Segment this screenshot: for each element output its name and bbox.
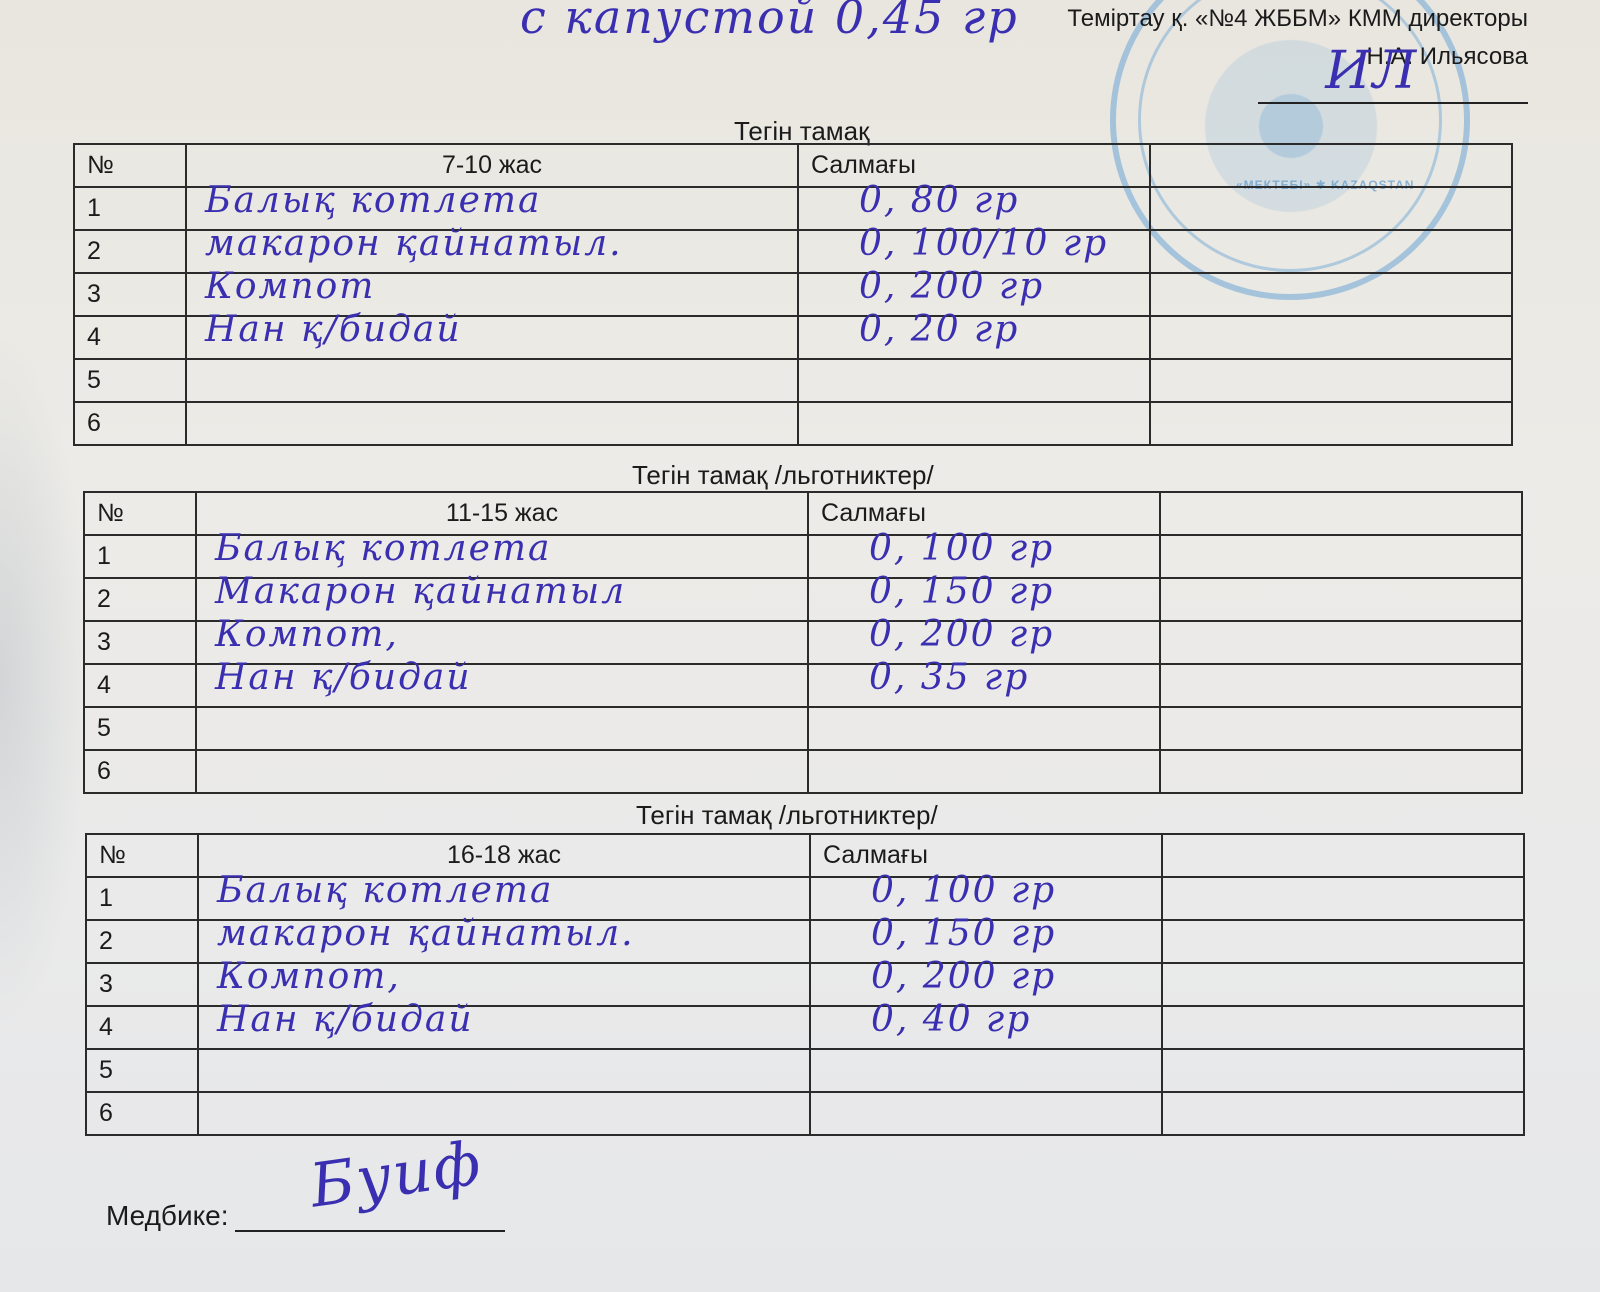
weight-value: 0, 20 гр xyxy=(859,309,1019,350)
dish-name: Балық котлета xyxy=(217,870,554,911)
extra-cell xyxy=(1160,578,1522,621)
menu-table: №11-15 жасСалмағы1Балық котлета0, 100 гр… xyxy=(83,491,1523,794)
extra-header xyxy=(1150,144,1512,187)
weight-cell xyxy=(798,402,1150,445)
extra-cell xyxy=(1162,1049,1524,1092)
weight-value: 0, 100 гр xyxy=(871,870,1056,911)
extra-header xyxy=(1162,834,1524,877)
row-number: 2 xyxy=(86,920,198,963)
dish-cell xyxy=(186,359,798,402)
dish-name: макарон қайнатыл. xyxy=(205,223,623,264)
table-row: 5 xyxy=(86,1049,1524,1092)
number-header: № xyxy=(86,834,198,877)
dish-name: Компот xyxy=(205,266,375,307)
weight-cell: 0, 20 гр xyxy=(798,316,1150,359)
weight-value: 0, 100/10 гр xyxy=(859,223,1108,264)
dish-name: макарон қайнатыл. xyxy=(217,913,635,954)
extra-cell xyxy=(1162,1092,1524,1135)
extra-cell xyxy=(1160,664,1522,707)
table-row: 5 xyxy=(74,359,1512,402)
row-number: 3 xyxy=(74,273,186,316)
extra-cell xyxy=(1162,877,1524,920)
dish-cell xyxy=(198,1049,810,1092)
weight-cell: 0, 40 гр xyxy=(810,1006,1162,1049)
row-number: 5 xyxy=(86,1049,198,1092)
row-number: 6 xyxy=(74,402,186,445)
row-number: 5 xyxy=(84,707,196,750)
number-header: № xyxy=(84,492,196,535)
table-row: 4Нан қ/бидай0, 20 гр xyxy=(74,316,1512,359)
extra-cell xyxy=(1160,621,1522,664)
weight-value: 0, 80 гр xyxy=(859,180,1019,221)
dish-cell xyxy=(196,750,808,793)
top-handwritten-note: с капустой 0,45 гр xyxy=(520,0,1019,44)
weight-value: 0, 200 гр xyxy=(859,266,1044,307)
approval-organization: Теміртау қ. «№4 ЖББМ» КММ директоры xyxy=(1067,0,1528,38)
dish-cell: Нан қ/бидай xyxy=(186,316,798,359)
weight-cell: 0, 35 гр xyxy=(808,664,1160,707)
weight-cell xyxy=(798,359,1150,402)
weight-cell xyxy=(810,1092,1162,1135)
extra-cell xyxy=(1162,920,1524,963)
row-number: 4 xyxy=(74,316,186,359)
row-number: 5 xyxy=(74,359,186,402)
weight-value: 0, 200 гр xyxy=(871,956,1056,997)
dish-cell xyxy=(186,402,798,445)
row-number: 2 xyxy=(74,230,186,273)
extra-cell xyxy=(1162,1006,1524,1049)
approval-block: Теміртау қ. «№4 ЖББМ» КММ директоры Н.А.… xyxy=(1067,0,1528,76)
extra-cell xyxy=(1150,273,1512,316)
extra-cell xyxy=(1160,750,1522,793)
dish-cell: Нан қ/бидай xyxy=(198,1006,810,1049)
dish-name: Балық котлета xyxy=(205,180,542,221)
director-signature-line xyxy=(1258,102,1528,104)
row-number: 1 xyxy=(74,187,186,230)
weight-cell xyxy=(808,707,1160,750)
menu-table: №7-10 жасСалмағы1Балық котлета0, 80 гр2м… xyxy=(73,143,1513,446)
row-number: 4 xyxy=(84,664,196,707)
row-number: 3 xyxy=(84,621,196,664)
dish-cell: Нан қ/бидай xyxy=(196,664,808,707)
extra-cell xyxy=(1150,359,1512,402)
table-row: 6 xyxy=(74,402,1512,445)
dish-name: Нан қ/бидай xyxy=(205,309,462,350)
nurse-label: Медбике: xyxy=(106,1200,229,1231)
row-number: 3 xyxy=(86,963,198,1006)
extra-cell xyxy=(1150,316,1512,359)
extra-cell xyxy=(1150,402,1512,445)
menu-table: №16-18 жасСалмағы1Балық котлета0, 100 гр… xyxy=(85,833,1525,1136)
nurse-signature-block: Медбике: xyxy=(106,1200,505,1232)
table-row: 4Нан қ/бидай0, 40 гр xyxy=(86,1006,1524,1049)
weight-cell xyxy=(810,1049,1162,1092)
section-title: Тегін тамақ /льготниктер/ xyxy=(632,460,934,491)
weight-value: 0, 150 гр xyxy=(871,913,1056,954)
extra-cell xyxy=(1150,187,1512,230)
section-title: Тегін тамақ /льготниктер/ xyxy=(636,800,938,831)
extra-cell xyxy=(1162,963,1524,1006)
extra-cell xyxy=(1160,535,1522,578)
dish-name: Нан қ/бидай xyxy=(215,657,472,698)
dish-cell xyxy=(198,1092,810,1135)
table-row: 5 xyxy=(84,707,1522,750)
dish-name: Макарон қайнатыл xyxy=(215,571,626,612)
director-signature: ИЛ xyxy=(1325,52,1418,90)
row-number: 6 xyxy=(84,750,196,793)
dish-name: Балық котлета xyxy=(215,528,552,569)
dish-name: Нан қ/бидай xyxy=(217,999,474,1040)
row-number: 1 xyxy=(84,535,196,578)
extra-cell xyxy=(1150,230,1512,273)
row-number: 1 xyxy=(86,877,198,920)
row-number: 2 xyxy=(84,578,196,621)
weight-value: 0, 35 гр xyxy=(869,657,1029,698)
extra-cell xyxy=(1160,707,1522,750)
table-row: 6 xyxy=(86,1092,1524,1135)
number-header: № xyxy=(74,144,186,187)
weight-value: 0, 100 гр xyxy=(869,528,1054,569)
approval-director-name: Н.А. Ильясова xyxy=(1067,38,1528,76)
dish-name: Компот, xyxy=(215,614,399,655)
weight-value: 0, 150 гр xyxy=(869,571,1054,612)
dish-name: Компот, xyxy=(217,956,401,997)
extra-header xyxy=(1160,492,1522,535)
weight-value: 0, 40 гр xyxy=(871,999,1031,1040)
table-row: 6 xyxy=(84,750,1522,793)
weight-cell xyxy=(808,750,1160,793)
row-number: 4 xyxy=(86,1006,198,1049)
row-number: 6 xyxy=(86,1092,198,1135)
table-row: 4Нан қ/бидай0, 35 гр xyxy=(84,664,1522,707)
dish-cell xyxy=(196,707,808,750)
weight-value: 0, 200 гр xyxy=(869,614,1054,655)
